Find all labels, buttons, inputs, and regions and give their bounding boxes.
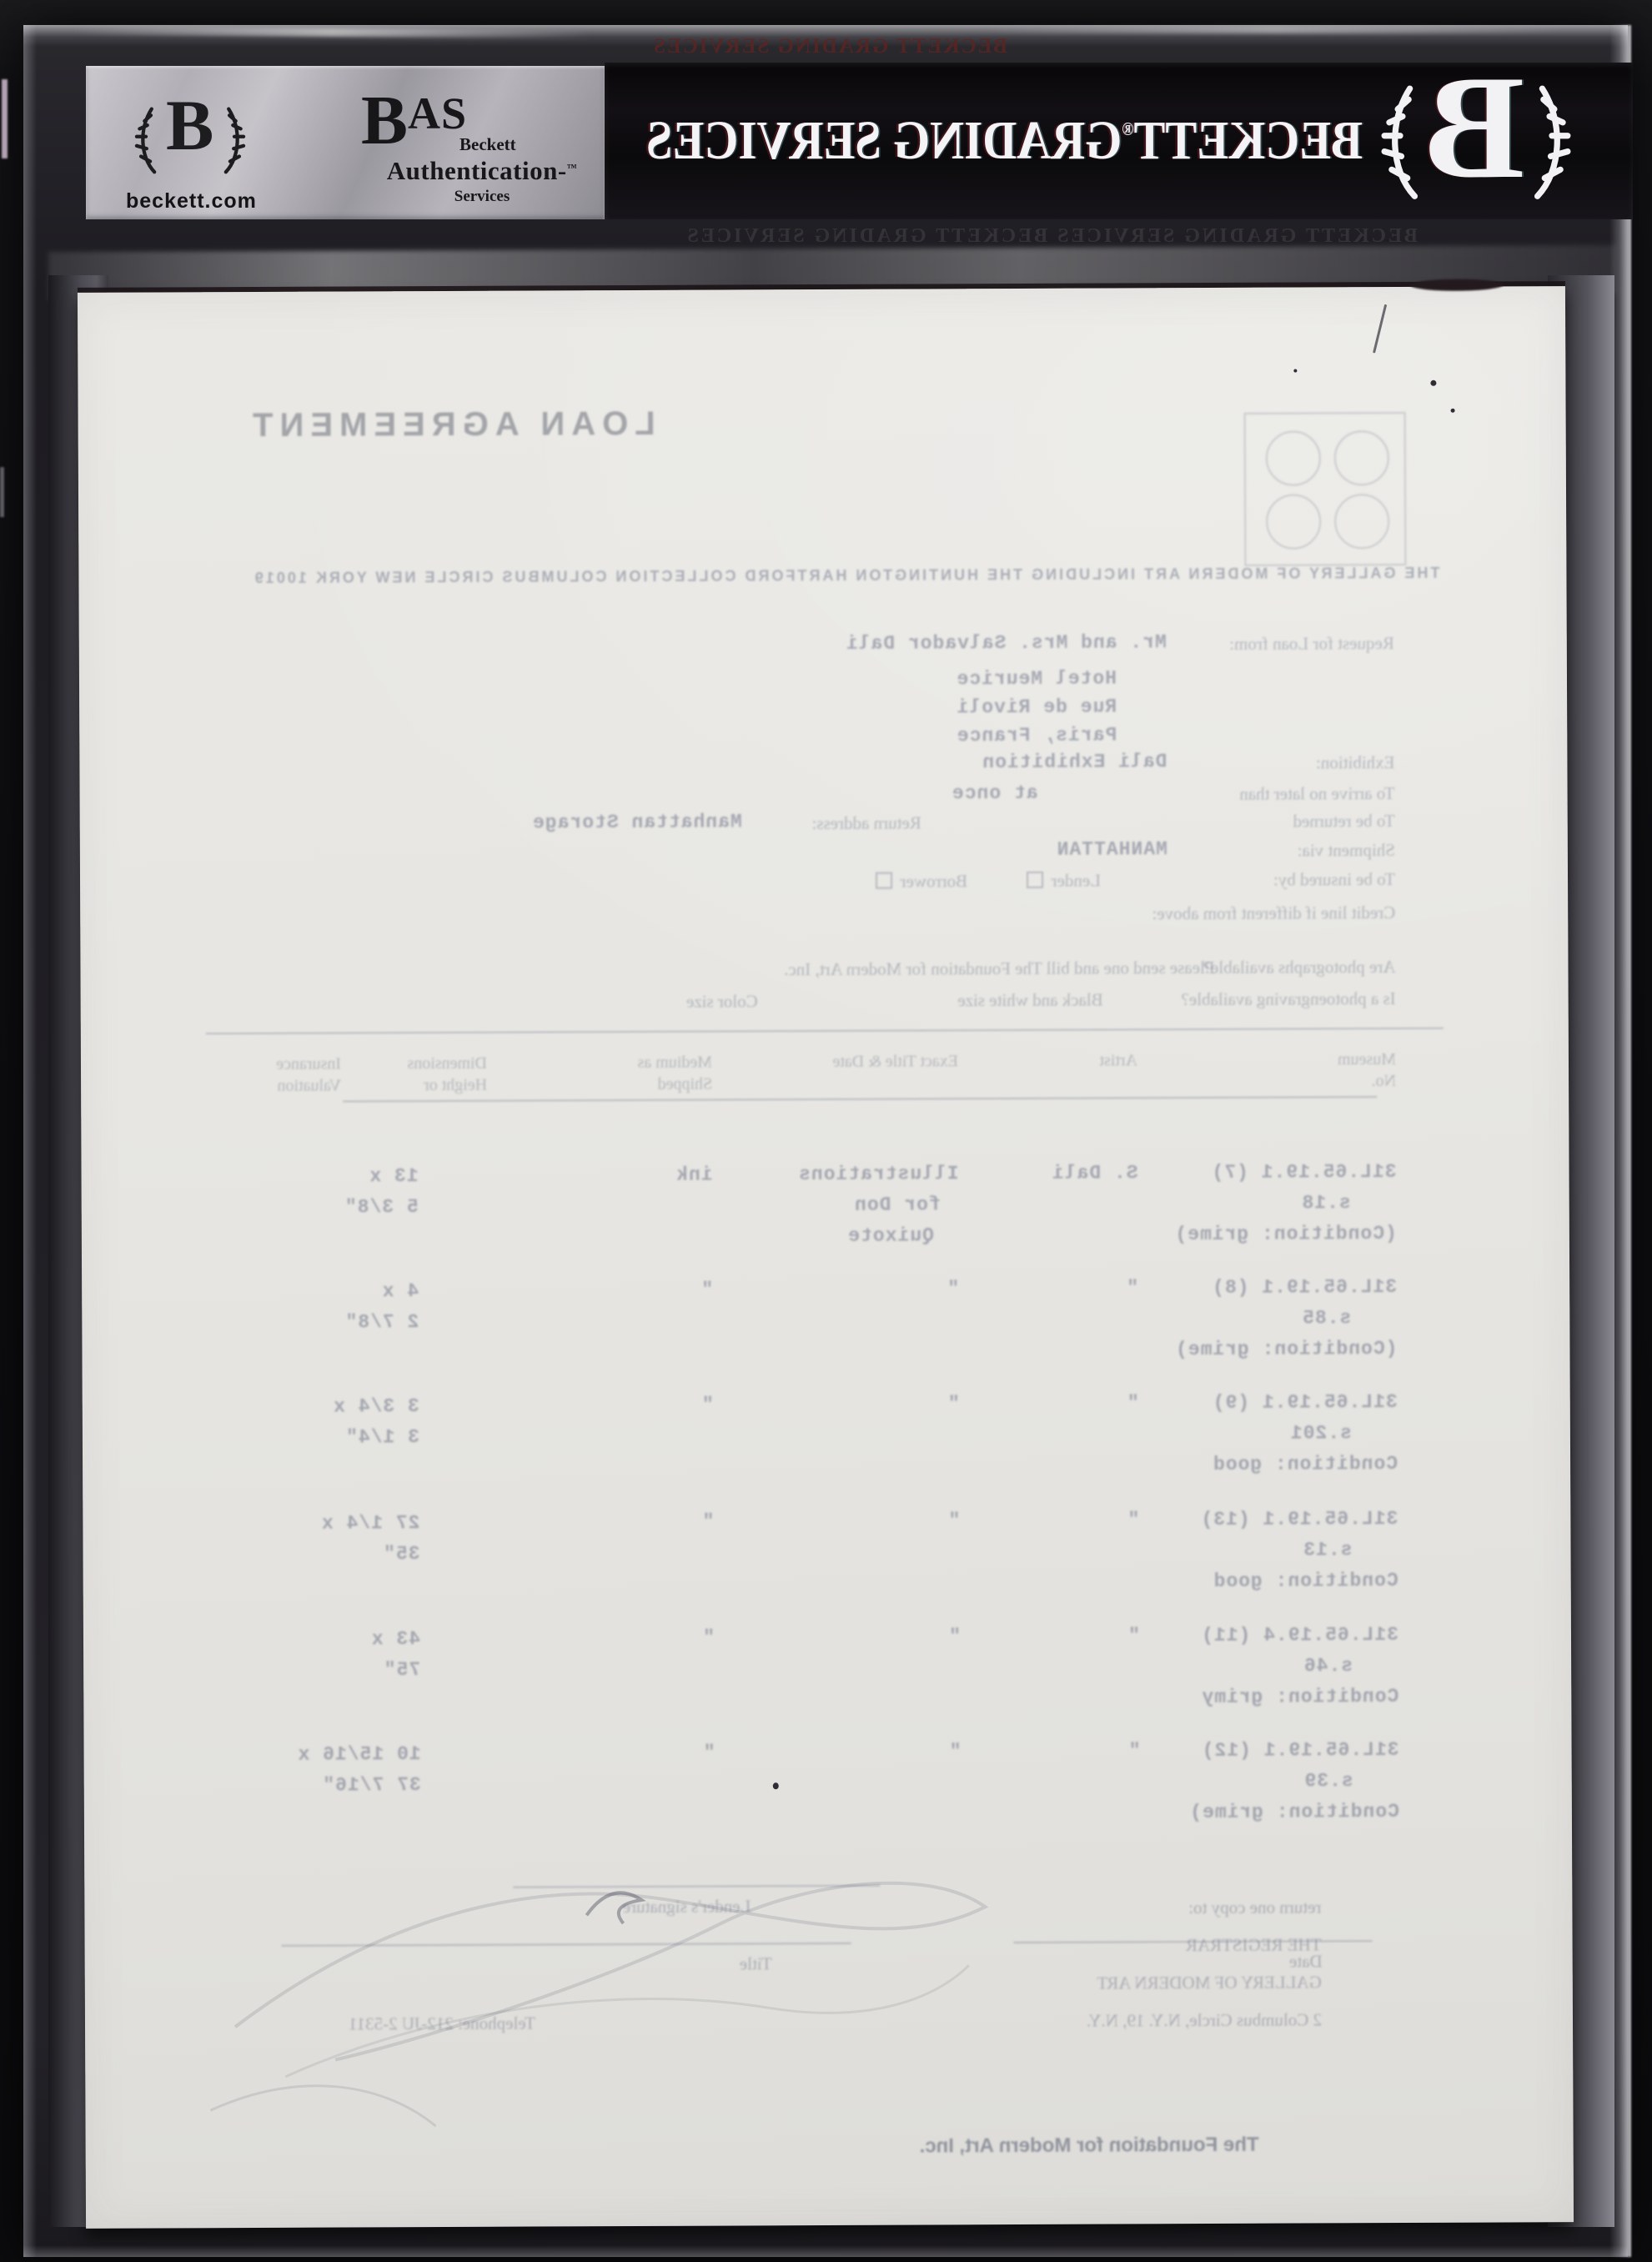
artist-cell: " <box>1127 1625 1140 1646</box>
telephone-text: Telephone: 212-JU 2-5311 <box>349 2013 535 2035</box>
museum-sub-no: s.13 <box>1303 1539 1352 1561</box>
table-row: 31L.65.19.1 (9) s.201 Condition: good " … <box>83 1390 1571 1497</box>
condition-note: Condition: good <box>1213 1453 1398 1475</box>
engraving-color-label: Color size <box>686 991 758 1012</box>
shipment-label: Shipment via: <box>1298 840 1395 862</box>
dimensions-cell: 37 7/16" <box>322 1774 421 1797</box>
medium-cell: " <box>700 1279 713 1301</box>
bas-logo-block: BAS Beckett Authentication-™ Services <box>361 88 603 206</box>
dimensions-cell: 4 x <box>382 1280 419 1302</box>
photo-edge-highlight <box>0 467 4 517</box>
table-row: 31L.65.19.1 (8) s.85 (Condition: grime) … <box>82 1275 1570 1382</box>
condition-note: Condition: good <box>1213 1570 1398 1592</box>
gallery-address-text: 2 Columbus Circle, N.Y. 19, N.Y. <box>1087 2009 1322 2031</box>
medium-cell: " <box>703 1742 716 1764</box>
museum-sub-no: s.201 <box>1290 1422 1352 1444</box>
letterhead-line: THE GALLERY OF MODERN ART INCLUDING THE … <box>253 565 1440 587</box>
title-cell: Quixote <box>847 1224 934 1246</box>
slab-edge-highlight-bottom <box>23 2245 1628 2257</box>
laurel-branch-icon <box>220 104 249 176</box>
medium-cell: ink <box>675 1164 713 1186</box>
arrive-label: To arrive no later than <box>1239 783 1394 805</box>
logo-circle <box>1334 494 1389 549</box>
medium-cell: " <box>701 1395 714 1416</box>
dimensions-cell: 10 15/16 x <box>298 1743 421 1766</box>
museum-sub-no: s.18 <box>1301 1192 1350 1214</box>
museum-no: 31L.65.19.1 (7) <box>1211 1161 1396 1184</box>
photos-label: Are photographs available? <box>1203 957 1396 978</box>
bas-beckett-text: Beckett <box>459 134 516 155</box>
slab-reflection-streak <box>982 27 1566 33</box>
lender-checkbox <box>1027 872 1043 888</box>
condition-note: (Condition: grime) <box>1175 1338 1398 1360</box>
title-cell: for Don <box>854 1194 941 1215</box>
return-copy-text: return one copy to: <box>1188 1897 1321 1918</box>
condition-note: Condition: grimy <box>1201 1686 1398 1708</box>
title-cell: " <box>947 1278 959 1299</box>
dimensions-cell: 2 7/8" <box>344 1311 419 1333</box>
laurel-branch-icon <box>1528 79 1576 204</box>
title-cell: " <box>948 1510 961 1531</box>
signature-caption: Lender's signature <box>623 1896 751 1918</box>
laurel-branch-icon <box>1376 79 1424 204</box>
beckett-grading-services-text: BECKETT®GRADING SERVICES <box>646 109 1363 173</box>
bas-services-text: Services <box>361 188 603 206</box>
date-caption: Date <box>1289 1951 1323 1972</box>
dimensions-cell: 13 x <box>369 1165 418 1187</box>
borrower-checkbox <box>876 872 892 889</box>
artist-cell: " <box>1128 1740 1141 1762</box>
logo-circle <box>1266 494 1321 549</box>
dimensions-cell: 3 3/4 x <box>333 1395 419 1417</box>
col-header-medium: Shipped <box>657 1075 712 1094</box>
bas-authentication-text: Authentication-™ <box>361 156 603 186</box>
condition-note: (Condition: grime) <box>1174 1223 1397 1245</box>
b-monogram: B <box>1425 53 1524 201</box>
condition-note: Condition: grime) <box>1189 1801 1399 1823</box>
col-header-dimensions: Dimensions <box>407 1054 487 1073</box>
museum-no: 31L.65.19.1 (9) <box>1213 1391 1398 1414</box>
arrive-value: at once <box>952 782 1038 804</box>
medium-cell: " <box>702 1511 715 1533</box>
table-header-rule <box>343 1096 1377 1102</box>
return-address-label: Return address: <box>811 812 921 834</box>
museum-no: 31L.65.19.1 (12) <box>1202 1739 1399 1762</box>
gallery-logo-circles <box>1244 412 1407 566</box>
document-paper: LOAN AGREEMENT THE GALLERY OF MODERN ART… <box>78 286 1574 2229</box>
col-header-artist: Artist <box>1099 1051 1137 1070</box>
photos-value: Please send one and bill The Foundation … <box>784 958 1214 980</box>
title-cell: Illustrations <box>798 1163 959 1185</box>
title-caption: Title <box>740 1953 772 1974</box>
exhibition-value: Dali Exhibition <box>982 751 1167 773</box>
grading-slab: B beckett.com BAS Beckett Authentication <box>23 25 1628 2257</box>
col-header-medium: Medium as <box>637 1053 712 1073</box>
logo-circle <box>1334 430 1389 485</box>
request-value: Paris, France <box>957 724 1117 746</box>
insured-borrower-option: Borrower <box>875 871 967 892</box>
b-monogram: B <box>166 89 213 161</box>
trademark-symbol: ™ <box>567 162 578 173</box>
beckett-website-text: beckett.com <box>126 189 257 214</box>
request-value: Mr. and Mrs. Salvador Dali <box>846 631 1167 655</box>
bgs-b-wreath-icon: B <box>132 93 249 183</box>
col-header-title: Exact Title & Date <box>832 1052 958 1072</box>
foundation-footer-text: The Foundation for Modern Art, Inc. <box>920 2134 1259 2159</box>
request-value: Hotel Meurice <box>956 667 1117 690</box>
museum-sub-no: s.46 <box>1303 1655 1353 1676</box>
title-cell: " <box>948 1626 961 1647</box>
col-header-dimensions: Height or <box>424 1076 487 1095</box>
insured-lender-option: Lender <box>1027 871 1102 892</box>
medium-cell: " <box>702 1627 715 1649</box>
title-rule <box>282 1943 851 1947</box>
artist-cell: " <box>1126 1277 1138 1299</box>
request-label: Request for Loan from: <box>1229 633 1394 655</box>
museum-sub-no: s.85 <box>1302 1307 1351 1329</box>
table-row: 31L.65.19.1 (7) s.18 (Condition: grime) … <box>82 1160 1570 1267</box>
credit-line-label: Credit line if different from above: <box>1152 902 1395 924</box>
title-cell: " <box>949 1741 962 1762</box>
dimensions-cell: 75" <box>384 1659 421 1681</box>
bas-as-letters: AS <box>408 88 467 138</box>
slab-reflection-streak <box>73 27 590 38</box>
dimensions-cell: 3 1/4" <box>345 1426 419 1448</box>
bas-label: B beckett.com BAS Beckett Authentication <box>86 66 605 219</box>
table-row: 31L.65.19.1 (13) s.13 Condition: good " … <box>83 1507 1571 1614</box>
slab-edge-highlight-left <box>23 25 37 2257</box>
table-top-rule <box>206 1028 1444 1034</box>
slab-label-bar: B beckett.com BAS Beckett Authentication <box>63 63 1633 219</box>
bgs-back-label: B BECKETT®GRADING SERVICES <box>605 63 1633 219</box>
table-row: 31L.65.19.1 (12) s.39 Condition: grime) … <box>84 1738 1573 1845</box>
table-row: 31L.65.19.4 (11) s.46 Condition: grimy "… <box>83 1623 1572 1730</box>
laurel-branch-icon <box>132 104 160 176</box>
artist-cell: " <box>1127 1392 1139 1414</box>
museum-no: 31L.65.19.1 (8) <box>1212 1276 1397 1299</box>
col-header-museum: No. <box>1372 1072 1397 1091</box>
returned-label: To be returned <box>1293 811 1395 832</box>
document-title: LOAN AGREEMENT <box>246 405 655 445</box>
gallery-name-text: GALLERY OF MODERN ART <box>1097 1972 1322 1993</box>
label-edge-reflection-text: BECKETT GRADING SERVICES <box>607 35 1007 57</box>
insured-label: To be insured by: <box>1273 869 1395 891</box>
dimensions-cell: 43 x <box>371 1628 420 1650</box>
dimensions-cell: 35" <box>383 1543 420 1565</box>
logo-circle <box>1266 430 1321 485</box>
photo-background: B beckett.com BAS Beckett Authentication <box>0 0 1652 2262</box>
col-header-insurance: Valuation <box>277 1077 341 1096</box>
dimensions-cell: 27 1/4 x <box>321 1512 420 1535</box>
dimensions-cell: 5 3/8" <box>344 1196 419 1218</box>
return-address-value: Manhattan Storage <box>532 811 742 833</box>
bgs-big-b-wreath-icon: B <box>1368 63 1584 219</box>
title-cell: " <box>947 1393 960 1415</box>
request-value: Rue de Rivoli <box>957 696 1117 718</box>
engraving-bw-label: Black and white size <box>957 990 1102 1012</box>
shipment-value: MANHATTAN <box>1057 838 1167 861</box>
museum-no: 31L.65.19.1 (13) <box>1200 1508 1398 1531</box>
engraving-label: Is a photoengraving available? <box>1181 988 1395 1010</box>
museum-sub-no: s.39 <box>1303 1770 1353 1792</box>
registered-symbol: ® <box>1122 118 1133 139</box>
exhibition-label: Exhibition: <box>1316 752 1395 773</box>
col-header-museum: Museum <box>1338 1050 1396 1069</box>
signature-rule <box>513 1885 880 1888</box>
photo-edge-highlight <box>2 79 8 158</box>
bas-b-letter: B <box>361 82 408 159</box>
artist-cell: " <box>1127 1509 1140 1531</box>
loan-agreement-bleedthrough: LOAN AGREEMENT THE GALLERY OF MODERN ART… <box>78 286 1574 2229</box>
artist-cell: S. Dali <box>1052 1162 1138 1184</box>
museum-no: 31L.65.19.4 (11) <box>1201 1624 1398 1646</box>
col-header-insurance: Insurance <box>276 1055 341 1074</box>
